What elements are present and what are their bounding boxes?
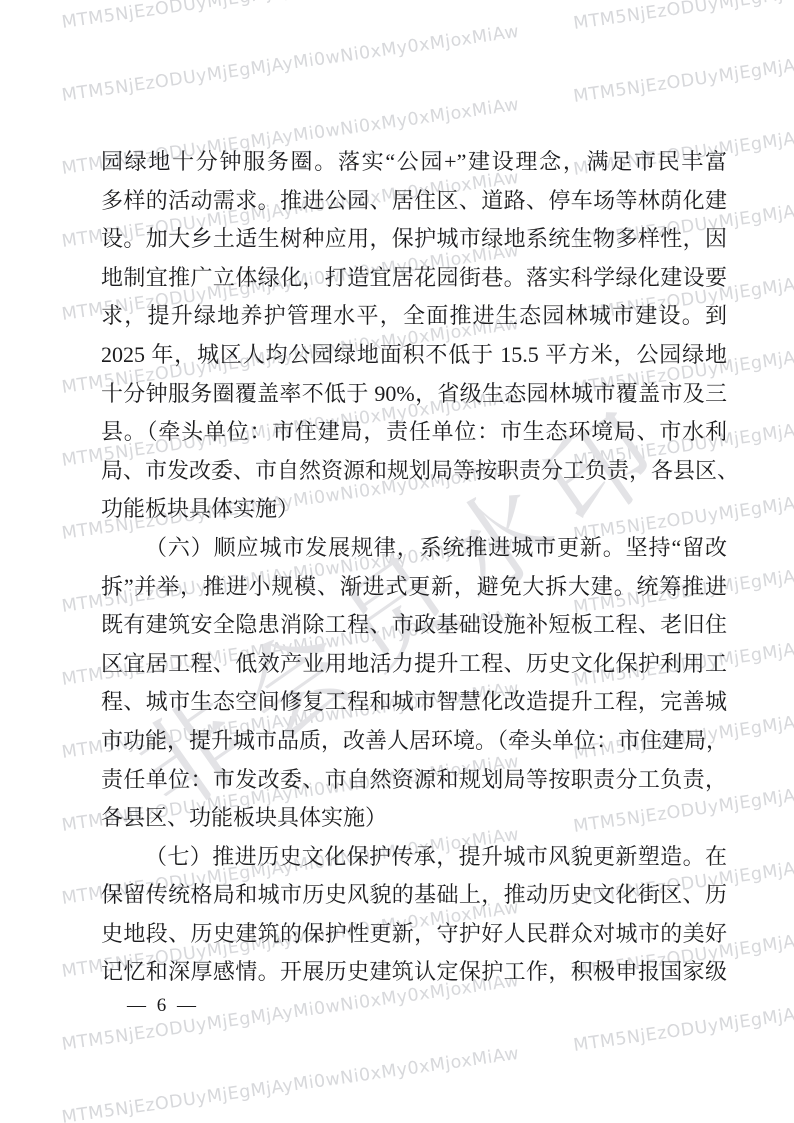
body-line: 既有建筑安全隐患消除工程、市政基础设施补短板工程、老旧住	[101, 606, 727, 645]
body-line: 县。（牵头单位：市住建局，责任单位：市生态环境局、市水利	[101, 413, 727, 452]
body-line: 各县区、功能板块具体实施）	[101, 799, 727, 838]
body-line: 地制宜推广立体绿化，打造宜居花园街巷。落实科学绿化建设要	[101, 259, 727, 298]
body-line: 求，提升绿地养护管理水平，全面推进生态园林城市建设。到	[101, 297, 727, 336]
body-line: 记忆和深厚感情。开展历史建筑认定保护工作，积极申报国家级	[101, 953, 727, 992]
document-page: MTM5NjEzODUyMjEgMjAyMi0wNi0xMy0xMjoxMiAw…	[0, 0, 794, 1123]
body-line: 史地段、历史建筑的保护性更新，守护好人民群众对城市的美好	[101, 915, 727, 954]
body-line: （六）顺应城市发展规律，系统推进城市更新。坚持“留改	[101, 529, 727, 568]
body-line: 市功能，提升城市品质，改善人居环境。（牵头单位：市住建局，	[101, 722, 727, 761]
body-line: 2025 年，城区人均公园绿地面积不低于 15.5 平方米，公园绿地	[101, 336, 727, 375]
body-line: 多样的活动需求。推进公园、居住区、道路、停车场等林荫化建	[101, 182, 727, 221]
body-line: 区宜居工程、低效产业用地活力提升工程、历史文化保护利用工	[101, 645, 727, 684]
body-line: 责任单位：市发改委、市自然资源和规划局等按职责分工负责，	[101, 761, 727, 800]
body-line: 十分钟服务圈覆盖率不低于 90%，省级生态园林城市覆盖市及三	[101, 375, 727, 414]
body-line: 园绿地十分钟服务圈。落实“公园+”建设理念，满足市民丰富	[101, 143, 727, 182]
body-line: 局、市发改委、市自然资源和规划局等按职责分工负责，各县区、	[101, 452, 727, 491]
body-line: 程、城市生态空间修复工程和城市智慧化改造提升工程，完善城	[101, 683, 727, 722]
page-number: — 6 —	[127, 995, 199, 1017]
body-line: 拆”并举，推进小规模、渐进式更新，避免大拆大建。统筹推进	[101, 568, 727, 607]
body-line: 功能板块具体实施）	[101, 490, 727, 529]
document-body: 园绿地十分钟服务圈。落实“公园+”建设理念，满足市民丰富 多样的活动需求。推进公…	[101, 143, 727, 992]
body-line: 保留传统格局和城市历史风貌的基础上，推动历史文化街区、历	[101, 876, 727, 915]
body-line: 设。加大乡土适生树种应用，保护城市绿地系统生物多样性，因	[101, 220, 727, 259]
body-line: （七）推进历史文化保护传承，提升城市风貌更新塑造。在	[101, 838, 727, 877]
